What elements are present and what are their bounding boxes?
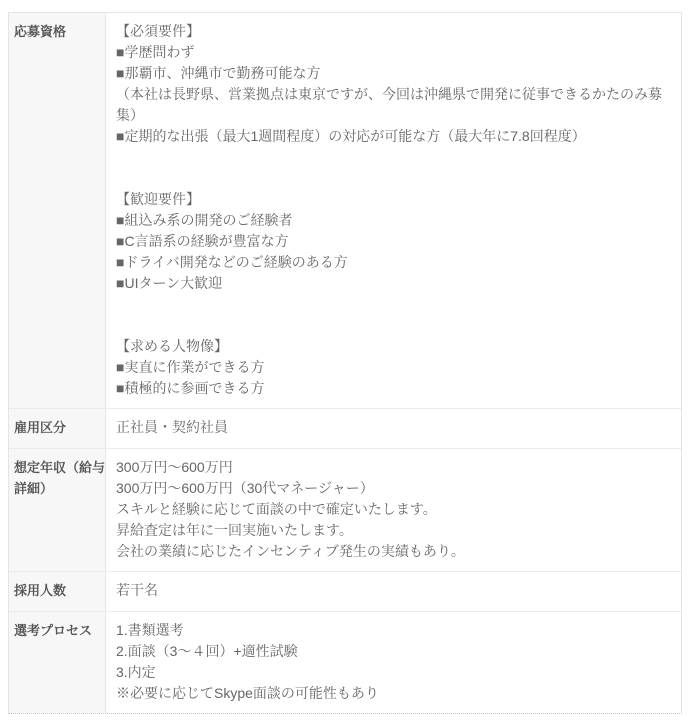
table-row: 想定年収（給与詳細） 300万円～600万円 300万円～600万円（30代マネ… bbox=[9, 448, 681, 571]
row-content: 若干名 bbox=[106, 572, 681, 611]
row-label: 選考プロセス bbox=[9, 612, 106, 713]
row-content: 【必須要件】 ■学歴問わず ■那覇市、沖縄市で勤務可能な方 （本社は長野県、営業… bbox=[106, 13, 681, 408]
table-row: 採用人数 若干名 bbox=[9, 571, 681, 611]
table-row: 雇用区分 正社員・契約社員 bbox=[9, 408, 681, 448]
row-label: 応募資格 bbox=[9, 13, 106, 408]
row-label: 採用人数 bbox=[9, 572, 106, 611]
row-content: 1.書類選考 2.面談（3～４回）+適性試験 3.内定 ※必要に応じてSkype… bbox=[106, 612, 681, 713]
row-content: 正社員・契約社員 bbox=[106, 409, 681, 448]
row-label: 想定年収（給与詳細） bbox=[9, 449, 106, 571]
row-content: 300万円～600万円 300万円～600万円（30代マネージャー） スキルと経… bbox=[106, 449, 681, 571]
job-details-table: 応募資格 【必須要件】 ■学歴問わず ■那覇市、沖縄市で勤務可能な方 （本社は長… bbox=[8, 12, 682, 714]
table-row: 応募資格 【必須要件】 ■学歴問わず ■那覇市、沖縄市で勤務可能な方 （本社は長… bbox=[9, 13, 681, 408]
row-label: 雇用区分 bbox=[9, 409, 106, 448]
table-row: 選考プロセス 1.書類選考 2.面談（3～４回）+適性試験 3.内定 ※必要に応… bbox=[9, 611, 681, 713]
